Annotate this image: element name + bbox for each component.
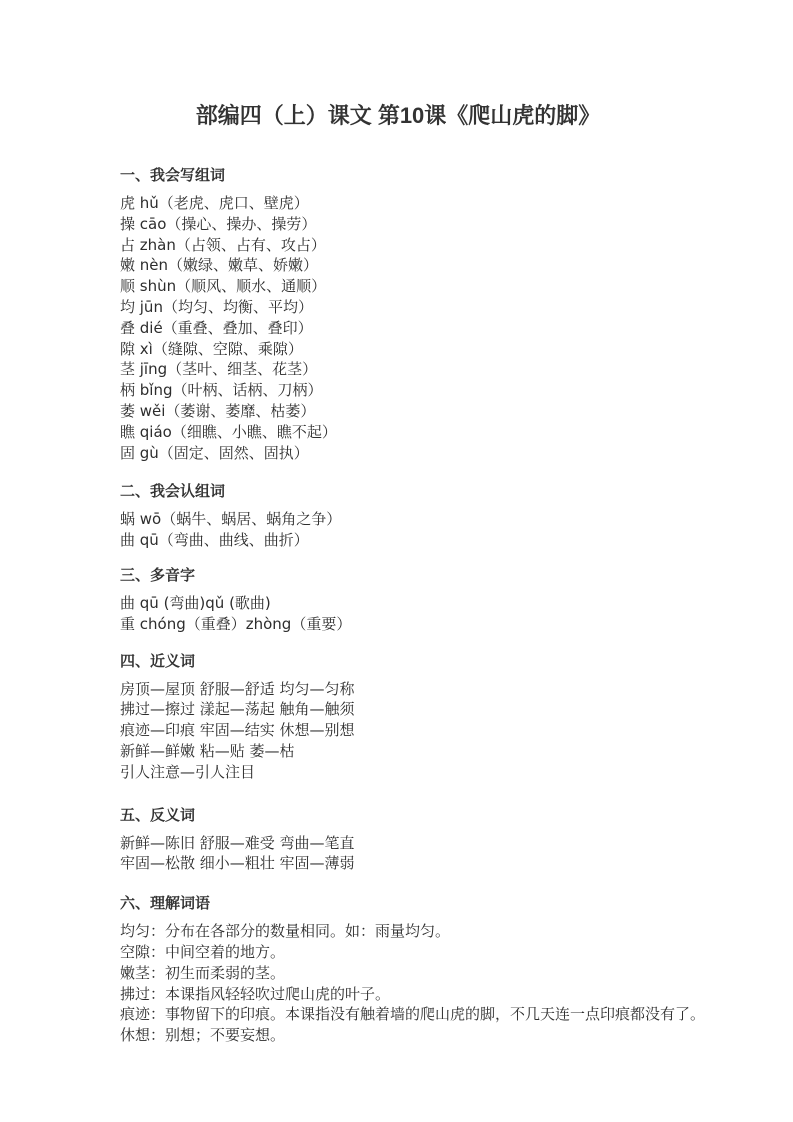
word-entry-line: 操 cāo（操心、操办、操劳） bbox=[120, 214, 676, 235]
section-heading-recognize-words: 二、我会认组词 bbox=[120, 483, 676, 501]
word-entry-line: 蜗 wō（蜗牛、蜗居、蜗角之争） bbox=[120, 509, 676, 530]
word-entry-line: 曲 qū（弯曲、曲线、曲折） bbox=[120, 530, 676, 551]
section-recognize-words: 二、我会认组词 蜗 wō（蜗牛、蜗居、蜗角之争） 曲 qū（弯曲、曲线、曲折） bbox=[120, 483, 676, 551]
definition-line: 休想：别想；不要妄想。 bbox=[120, 1025, 676, 1046]
word-entry-line: 隙 xì（缝隙、空隙、乘隙） bbox=[120, 339, 676, 360]
synonym-line: 拂过—擦过 漾起—荡起 触角—触须 bbox=[120, 699, 676, 720]
synonym-line: 引人注意—引人注目 bbox=[120, 762, 676, 783]
word-entry-line: 嫩 nèn（嫩绿、嫩草、娇嫩） bbox=[120, 255, 676, 276]
word-entry-line: 占 zhàn（占领、占有、攻占） bbox=[120, 235, 676, 256]
word-entry-line: 柄 bǐng（叶柄、话柄、刀柄） bbox=[120, 380, 676, 401]
definition-line: 嫩茎：初生而柔弱的茎。 bbox=[120, 963, 676, 984]
document-content: 部编四（上）课文 第10课《爬山虎的脚》 一、我会写组词 虎 hǔ（老虎、虎口、… bbox=[120, 0, 676, 1046]
word-entry-line: 萎 wěi（萎谢、萎靡、枯萎） bbox=[120, 401, 676, 422]
section-polyphones: 三、多音字 曲 qū (弯曲)qǔ (歌曲) 重 chóng（重叠）zhòng（… bbox=[120, 567, 676, 635]
word-entry-line: 茎 jīng（茎叶、细茎、花茎） bbox=[120, 359, 676, 380]
word-entry-line: 叠 dié（重叠、叠加、叠印） bbox=[120, 318, 676, 339]
section-write-words: 一、我会写组词 虎 hǔ（老虎、虎口、壁虎） 操 cāo（操心、操办、操劳） 占… bbox=[120, 167, 676, 463]
definition-line: 痕迹：事物留下的印痕。本课指没有触着墙的爬山虎的脚，不几天连一点印痕都没有了。 bbox=[120, 1004, 676, 1025]
antonym-line: 牢固—松散 细小—粗壮 牢固—薄弱 bbox=[120, 853, 676, 874]
synonym-line: 房顶—屋顶 舒服—舒适 均匀—匀称 bbox=[120, 679, 676, 700]
section-heading-write-words: 一、我会写组词 bbox=[120, 167, 676, 185]
word-entry-line: 虎 hǔ（老虎、虎口、壁虎） bbox=[120, 193, 676, 214]
synonym-line: 痕迹—印痕 牢固—结实 休想—别想 bbox=[120, 720, 676, 741]
document-page: 部编四（上）课文 第10课《爬山虎的脚》 一、我会写组词 虎 hǔ（老虎、虎口、… bbox=[0, 0, 793, 1122]
word-entry-line: 瞧 qiáo（细瞧、小瞧、瞧不起） bbox=[120, 422, 676, 443]
definition-line: 均匀：分布在各部分的数量相同。如：雨量均匀。 bbox=[120, 921, 676, 942]
antonym-line: 新鲜—陈旧 舒服—难受 弯曲—笔直 bbox=[120, 833, 676, 854]
word-entry-line: 顺 shùn（顺风、顺水、通顺） bbox=[120, 276, 676, 297]
definition-line: 拂过：本课指风轻轻吹过爬山虎的叶子。 bbox=[120, 984, 676, 1005]
word-entry-line: 固 gù（固定、固然、固执） bbox=[120, 443, 676, 464]
section-word-meanings: 六、理解词语 均匀：分布在各部分的数量相同。如：雨量均匀。 空隙：中间空着的地方… bbox=[120, 895, 676, 1046]
word-entry-line: 均 jūn（均匀、均衡、平均） bbox=[120, 297, 676, 318]
section-heading-word-meanings: 六、理解词语 bbox=[120, 895, 676, 913]
section-heading-polyphones: 三、多音字 bbox=[120, 567, 676, 585]
synonym-line: 新鲜—鲜嫩 粘—贴 萎—枯 bbox=[120, 741, 676, 762]
section-heading-antonyms: 五、反义词 bbox=[120, 807, 676, 825]
section-heading-synonyms: 四、近义词 bbox=[120, 653, 676, 671]
section-antonyms: 五、反义词 新鲜—陈旧 舒服—难受 弯曲—笔直 牢固—松散 细小—粗壮 牢固—薄… bbox=[120, 807, 676, 875]
polyphone-line: 曲 qū (弯曲)qǔ (歌曲) bbox=[120, 593, 676, 614]
definition-line: 空隙：中间空着的地方。 bbox=[120, 942, 676, 963]
polyphone-line: 重 chóng（重叠）zhòng（重要） bbox=[120, 614, 676, 635]
section-synonyms: 四、近义词 房顶—屋顶 舒服—舒适 均匀—匀称 拂过—擦过 漾起—荡起 触角—触… bbox=[120, 653, 676, 783]
document-title: 部编四（上）课文 第10课《爬山虎的脚》 bbox=[120, 0, 676, 131]
